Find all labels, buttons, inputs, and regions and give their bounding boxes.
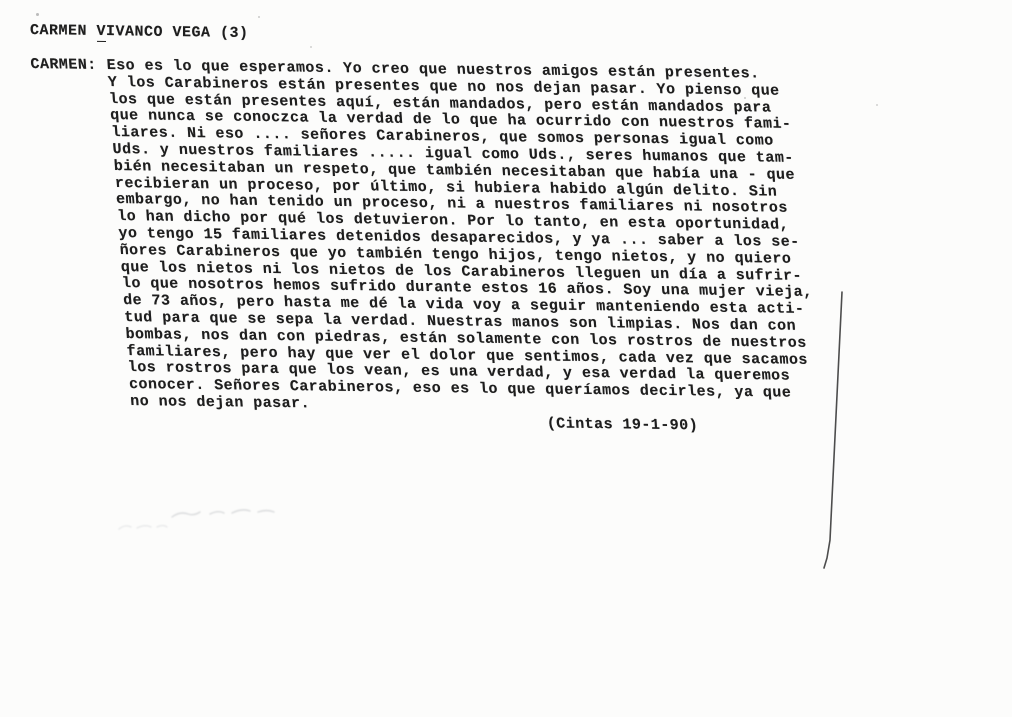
scan-speck	[258, 16, 260, 18]
transcript-body: Eso es lo que esperamos. Yo creo que nue…	[106, 58, 832, 437]
page-title-pre: CARMEN	[30, 22, 97, 40]
transcript-lines-list: Eso es lo que esperamos. Yo creo que nue…	[106, 58, 831, 420]
pencil-smudge	[116, 519, 170, 540]
dialogue-block: CARMEN: Eso es lo que esperamos. Yo creo…	[30, 57, 833, 437]
speaker-label: CARMEN:	[30, 57, 97, 75]
scanned-transcript-page: CARMEN VIVANCO VEGA (3) CARMEN: Eso es l…	[0, 0, 1012, 717]
scan-speck	[876, 104, 878, 106]
page-title: CARMEN VIVANCO VEGA (3)	[30, 22, 249, 42]
pencil-smudge	[168, 505, 288, 530]
page-title-rest: IVANCO VEGA (3)	[106, 23, 249, 42]
scan-speck	[310, 46, 312, 48]
scan-speck	[36, 13, 39, 16]
page-title-underlined-initial: V	[97, 23, 107, 42]
